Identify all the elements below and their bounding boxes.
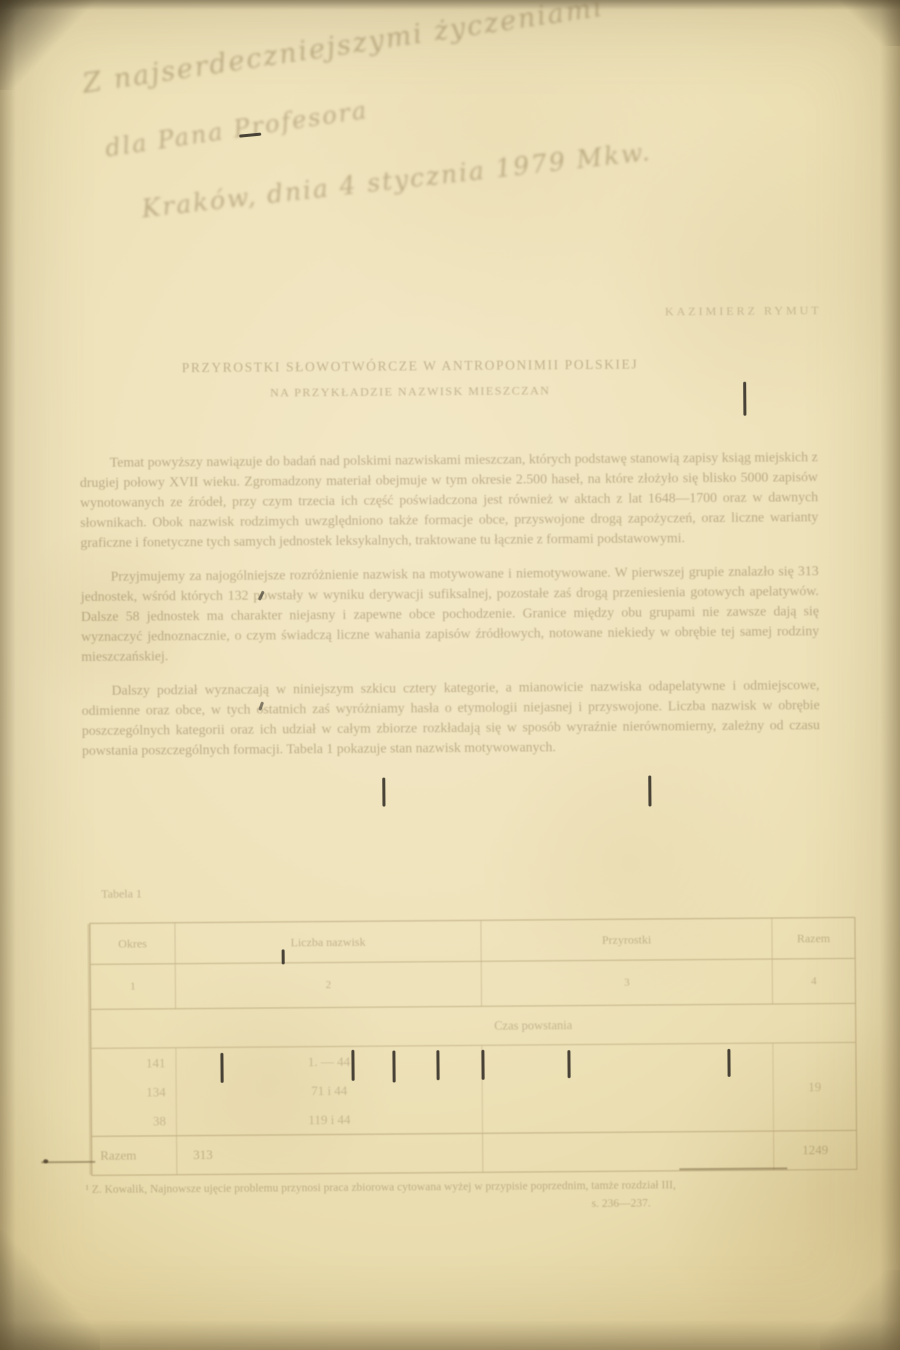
table-cell: 38 xyxy=(92,1106,177,1136)
page-content: Z najserdeczniejszymi życzeniami dla Pan… xyxy=(0,0,900,1350)
table-header-cell: Przyrostki xyxy=(481,919,772,961)
author-name: KAZIMIERZ RYMUT xyxy=(665,303,822,319)
ink-mark-table-row xyxy=(436,1050,439,1080)
printed-layer: KAZIMIERZ RYMUT PRZYROSTKI SŁOWOTWÓRCZE … xyxy=(0,0,900,1350)
ink-mark-table-row xyxy=(220,1053,223,1083)
scanned-page: { "colors": { "paper": "#eee2ba", "faded… xyxy=(0,0,900,1350)
table-column-number: 2 xyxy=(176,962,482,1008)
table-row: 38 119 i 44 xyxy=(92,1101,856,1136)
table-header-row: Okres Liczba nazwisk Przyrostki Razem xyxy=(90,918,854,965)
ink-mark-paragraph xyxy=(382,778,385,807)
ink-mark-title xyxy=(743,382,746,416)
data-table: Okres Liczba nazwisk Przyrostki Razem 1 … xyxy=(89,917,857,1176)
footnote-line-2: s. 236—237. xyxy=(592,1198,651,1210)
article-title-line-2: NA PRZYKŁADZIE NAZWISK MIESZCZAN xyxy=(70,382,750,402)
table-column-number: 1 xyxy=(91,964,176,1009)
article-title-line-1: PRZYROSTKI SŁOWOTWÓRCZE W ANTROPONIMII P… xyxy=(70,356,750,377)
table-header-cell: Okres xyxy=(90,923,175,964)
body-paragraph-3: Dalszy podział wyznaczają w niniejszym s… xyxy=(81,675,820,761)
table-cell xyxy=(774,1101,856,1131)
table-total-row: Razem 313 1249 xyxy=(92,1130,856,1175)
table-cell: 19 xyxy=(774,1072,856,1102)
table-header-cell: Liczba nazwisk xyxy=(175,921,481,963)
ink-mark-table-row xyxy=(392,1051,395,1083)
table-header-cell: Razem xyxy=(772,918,854,959)
table-total-cell xyxy=(483,1132,774,1172)
table-column-number-row: 1 2 3 4 xyxy=(91,959,855,1010)
ink-mark-table-header xyxy=(282,949,285,964)
ink-mark-table-row xyxy=(567,1050,570,1078)
table-total-cell: 1249 xyxy=(774,1131,856,1170)
table-cell xyxy=(483,1073,774,1104)
table-section-label: Czas powstania xyxy=(374,1018,572,1035)
table-total-cell: Razem xyxy=(92,1136,177,1175)
table-section-row: Czas powstania xyxy=(91,1004,855,1049)
body-paragraph-2: Przyjmujemy za najogólniejsze rozróżnien… xyxy=(81,561,820,667)
body-paragraph-1: Temat powyższy nawiązuje do badań nad po… xyxy=(80,447,819,553)
ink-mark-table-row xyxy=(727,1049,730,1077)
body-text: Temat powyższy nawiązuje do badań nad po… xyxy=(80,447,821,775)
table-total-cell: 313 xyxy=(177,1134,483,1174)
table-column-number: 4 xyxy=(773,959,855,1004)
table-cell: 119 i 44 xyxy=(177,1104,483,1135)
table-label: Tabela 1 xyxy=(101,886,142,901)
footnote-line-1: ¹ Z. Kowalik, Najnowsze ujęcie problemu … xyxy=(85,1177,843,1198)
table-cell: 141 xyxy=(91,1048,176,1078)
table-cell xyxy=(483,1102,774,1133)
ink-mark-table-row xyxy=(481,1050,484,1080)
article-title: PRZYROSTKI SŁOWOTWÓRCZE W ANTROPONIMII P… xyxy=(70,356,750,402)
table-cell: 134 xyxy=(92,1077,177,1107)
table-cell xyxy=(773,1043,855,1073)
ink-mark-paragraph xyxy=(648,775,651,806)
table-column-number: 3 xyxy=(482,960,773,1006)
ink-mark-table-row xyxy=(351,1050,354,1081)
